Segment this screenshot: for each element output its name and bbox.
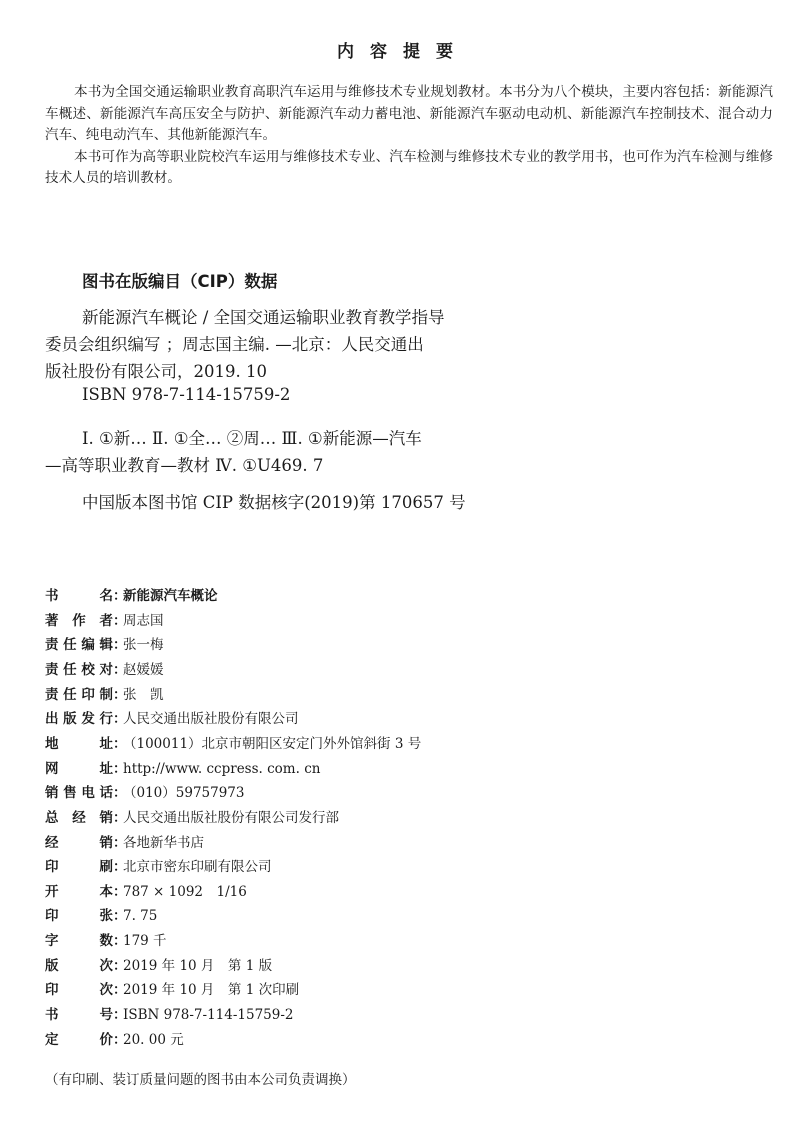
colophon-label-char: 行	[99, 707, 113, 727]
colophon-label: 责任编辑	[45, 633, 113, 653]
colophon-label-char: 印	[45, 978, 59, 998]
colophon-row: 字数：179 千	[45, 929, 167, 951]
colophon-label-char: 销	[100, 806, 114, 826]
abstract-paragraph: 本书可作为高等职业院校汽车运用与维修技术专业、汽车检测与维修技术专业的教学用书，…	[45, 147, 773, 190]
colophon-label-char: 销	[45, 781, 59, 801]
colophon-value: 赵媛媛	[123, 658, 164, 678]
colophon-label-char: 责	[45, 683, 59, 703]
colophon-label-char: 刷	[100, 855, 114, 875]
colophon-label-char: 经	[45, 831, 59, 851]
colophon-label-char: 印	[81, 683, 95, 703]
colophon-colon: ：	[113, 633, 121, 653]
colophon-label-char: 者	[100, 609, 114, 629]
colophon-label-char: 作	[72, 609, 86, 629]
colophon-row: 书号：ISBN 978-7-114-15759-2	[45, 1003, 294, 1025]
colophon-label-char: 张	[100, 904, 114, 924]
colophon-label-char: 开	[45, 880, 59, 900]
colophon-row: 定价：20. 00 元	[45, 1028, 184, 1050]
colophon-label: 开本	[45, 880, 113, 900]
colophon-value: （100011）北京市朝阳区安定门外外馆斜街 3 号	[123, 732, 421, 752]
colophon-label-char: 电	[81, 781, 95, 801]
colophon-label: 出版发行	[45, 707, 113, 727]
colophon-label-char: 任	[63, 658, 77, 678]
colophon-label-char: 校	[81, 658, 95, 678]
colophon-label: 责任校对	[45, 658, 113, 678]
colophon-colon: ：	[113, 929, 121, 949]
colophon-value: 周志国	[123, 609, 164, 629]
colophon-label-char: 地	[45, 732, 59, 752]
colophon-colon: ：	[113, 683, 121, 703]
colophon-label: 字数	[45, 929, 113, 949]
colophon-label: 版次	[45, 954, 113, 974]
colophon-label-char: 责	[45, 633, 59, 653]
colophon-colon: ：	[113, 831, 121, 851]
colophon-label-char: 制	[99, 683, 113, 703]
colophon-label-char: 对	[99, 658, 113, 678]
colophon-row: 网址：http://www. ccpress. com. cn	[45, 757, 320, 779]
colophon-row: 开本：787 × 1092 1/16	[45, 880, 247, 902]
colophon-row: 地址：（100011）北京市朝阳区安定门外外馆斜街 3 号	[45, 732, 421, 754]
colophon-colon: ：	[113, 904, 121, 924]
colophon-label-char: 址	[100, 757, 114, 777]
cip-record-number: 中国版本图书馆 CIP 数据核字(2019)第 170657 号	[82, 489, 466, 513]
colophon-value: 张 凯	[123, 683, 164, 703]
colophon-row: 书名：新能源汽车概论	[45, 584, 218, 606]
colophon-label: 印次	[45, 978, 113, 998]
colophon-value: 2019 年 10 月 第 1 次印刷	[123, 978, 299, 998]
colophon-value: ISBN 978-7-114-15759-2	[123, 1007, 294, 1023]
colophon-value: 7. 75	[123, 908, 157, 924]
colophon-colon: ：	[113, 757, 121, 777]
colophon-value: 张一梅	[123, 633, 164, 653]
colophon-label-char: 次	[100, 978, 114, 998]
colophon-colon: ：	[113, 1028, 121, 1048]
colophon-label-char: 号	[100, 1003, 114, 1023]
colophon-value: 20. 00 元	[123, 1028, 184, 1048]
colophon-row: 经销：各地新华书店	[45, 831, 204, 853]
colophon-value: 179 千	[123, 929, 167, 949]
colophon-row: 总经销：人民交通出版社股份有限公司发行部	[45, 806, 339, 828]
colophon-label-char: 印	[45, 904, 59, 924]
colophon-colon: ：	[113, 609, 121, 629]
colophon-label-char: 版	[63, 707, 77, 727]
colophon-label-char: 出	[45, 707, 59, 727]
colophon-label-char: 辑	[99, 633, 113, 653]
colophon-label: 销售电话	[45, 781, 113, 801]
abstract-section: 本书为全国交通运输职业教育高职汽车运用与维修技术专业规划教材。本书分为八个模块，…	[45, 82, 773, 190]
colophon-label-char: 址	[100, 732, 114, 752]
colophon-label-char: 任	[63, 683, 77, 703]
colophon-label-char: 总	[45, 806, 59, 826]
colophon-label-char: 销	[100, 831, 114, 851]
cip-heading: 图书在版编目（CIP）数据	[82, 268, 277, 292]
colophon-label-char: 名	[100, 584, 114, 604]
colophon-value: 各地新华书店	[123, 831, 204, 851]
colophon-colon: ：	[113, 954, 121, 974]
colophon-label-char: 编	[81, 633, 95, 653]
colophon-label-char: 定	[45, 1028, 59, 1048]
colophon-label-char: 任	[63, 633, 77, 653]
colophon-row: 版次：2019 年 10 月 第 1 版	[45, 954, 272, 976]
cip-line: ISBN 978-7-114-15759-2	[82, 385, 290, 404]
colophon-colon: ：	[113, 781, 121, 801]
colophon-label: 书名	[45, 584, 113, 604]
colophon-label-char: 话	[99, 781, 113, 801]
colophon-value: http://www. ccpress. com. cn	[123, 761, 320, 777]
colophon-label-char: 版	[45, 954, 59, 974]
quality-notice: （有印刷、装订质量问题的图书由本公司负责调换）	[45, 1068, 356, 1088]
colophon-colon: ：	[113, 584, 121, 604]
colophon-value: 人民交通出版社股份有限公司发行部	[123, 806, 339, 826]
cip-line: 委员会组织编写 ；周志国主编. —北京：人民交通出	[45, 331, 424, 355]
colophon-label: 责任印制	[45, 683, 113, 703]
colophon-label: 著作者	[45, 609, 113, 629]
cip-classification: Ⅰ. ①新… Ⅱ. ①全… ②周… Ⅲ. ①新能源—汽车	[82, 425, 422, 449]
colophon-label-char: 印	[45, 855, 59, 875]
colophon-colon: ：	[113, 707, 121, 727]
colophon-row: 销售电话：（010）59757973	[45, 781, 244, 803]
colophon-label-char: 次	[100, 954, 114, 974]
colophon-colon: ：	[113, 855, 121, 875]
cip-classification: —高等职业教育—教材 Ⅳ. ①U469. 7	[45, 452, 323, 476]
colophon-colon: ：	[113, 658, 121, 678]
colophon-label-char: 售	[63, 781, 77, 801]
colophon-value: 人民交通出版社股份有限公司	[123, 707, 299, 727]
colophon-label-char: 价	[100, 1028, 114, 1048]
colophon-value: （010）59757973	[123, 781, 244, 801]
page-title: 内容提要	[0, 37, 790, 62]
colophon-colon: ：	[113, 880, 121, 900]
colophon-label-char: 本	[100, 880, 114, 900]
colophon-colon: ：	[113, 978, 121, 998]
colophon-value: 新能源汽车概论	[123, 584, 218, 604]
colophon-row: 责任印制：张 凯	[45, 683, 164, 705]
colophon-colon: ：	[113, 1003, 121, 1023]
colophon-label: 经销	[45, 831, 113, 851]
colophon-label-char: 发	[81, 707, 95, 727]
colophon-colon: ：	[113, 806, 121, 826]
colophon-row: 印张：7. 75	[45, 904, 157, 926]
colophon-label-char: 书	[45, 584, 59, 604]
cip-line: 版社股份有限公司，2019. 10	[45, 358, 267, 382]
colophon-label: 地址	[45, 732, 113, 752]
colophon-label: 书号	[45, 1003, 113, 1023]
colophon-colon: ：	[113, 732, 121, 752]
colophon-row: 责任编辑：张一梅	[45, 633, 164, 655]
colophon-label-char: 书	[45, 1003, 59, 1023]
colophon-label-char: 网	[45, 757, 59, 777]
colophon-label: 印张	[45, 904, 113, 924]
colophon-label-char: 著	[45, 609, 59, 629]
colophon-row: 出版发行：人民交通出版社股份有限公司	[45, 707, 299, 729]
colophon-row: 印次：2019 年 10 月 第 1 次印刷	[45, 978, 299, 1000]
colophon-label: 印刷	[45, 855, 113, 875]
cip-line: 新能源汽车概论 / 全国交通运输职业教育教学指导	[82, 304, 445, 328]
colophon-label-char: 经	[72, 806, 86, 826]
colophon-row: 著作者：周志国	[45, 609, 164, 631]
colophon-row: 印刷：北京市密东印刷有限公司	[45, 855, 272, 877]
colophon-label: 定价	[45, 1028, 113, 1048]
colophon-label: 总经销	[45, 806, 113, 826]
colophon-label-char: 数	[100, 929, 114, 949]
colophon-value: 2019 年 10 月 第 1 版	[123, 954, 272, 974]
colophon-value: 787 × 1092 1/16	[123, 880, 247, 900]
colophon-label: 网址	[45, 757, 113, 777]
colophon-value: 北京市密东印刷有限公司	[123, 855, 272, 875]
colophon-label-char: 责	[45, 658, 59, 678]
abstract-paragraph: 本书为全国交通运输职业教育高职汽车运用与维修技术专业规划教材。本书分为八个模块，…	[45, 82, 773, 147]
colophon-row: 责任校对：赵媛媛	[45, 658, 164, 680]
colophon-label-char: 字	[45, 929, 59, 949]
